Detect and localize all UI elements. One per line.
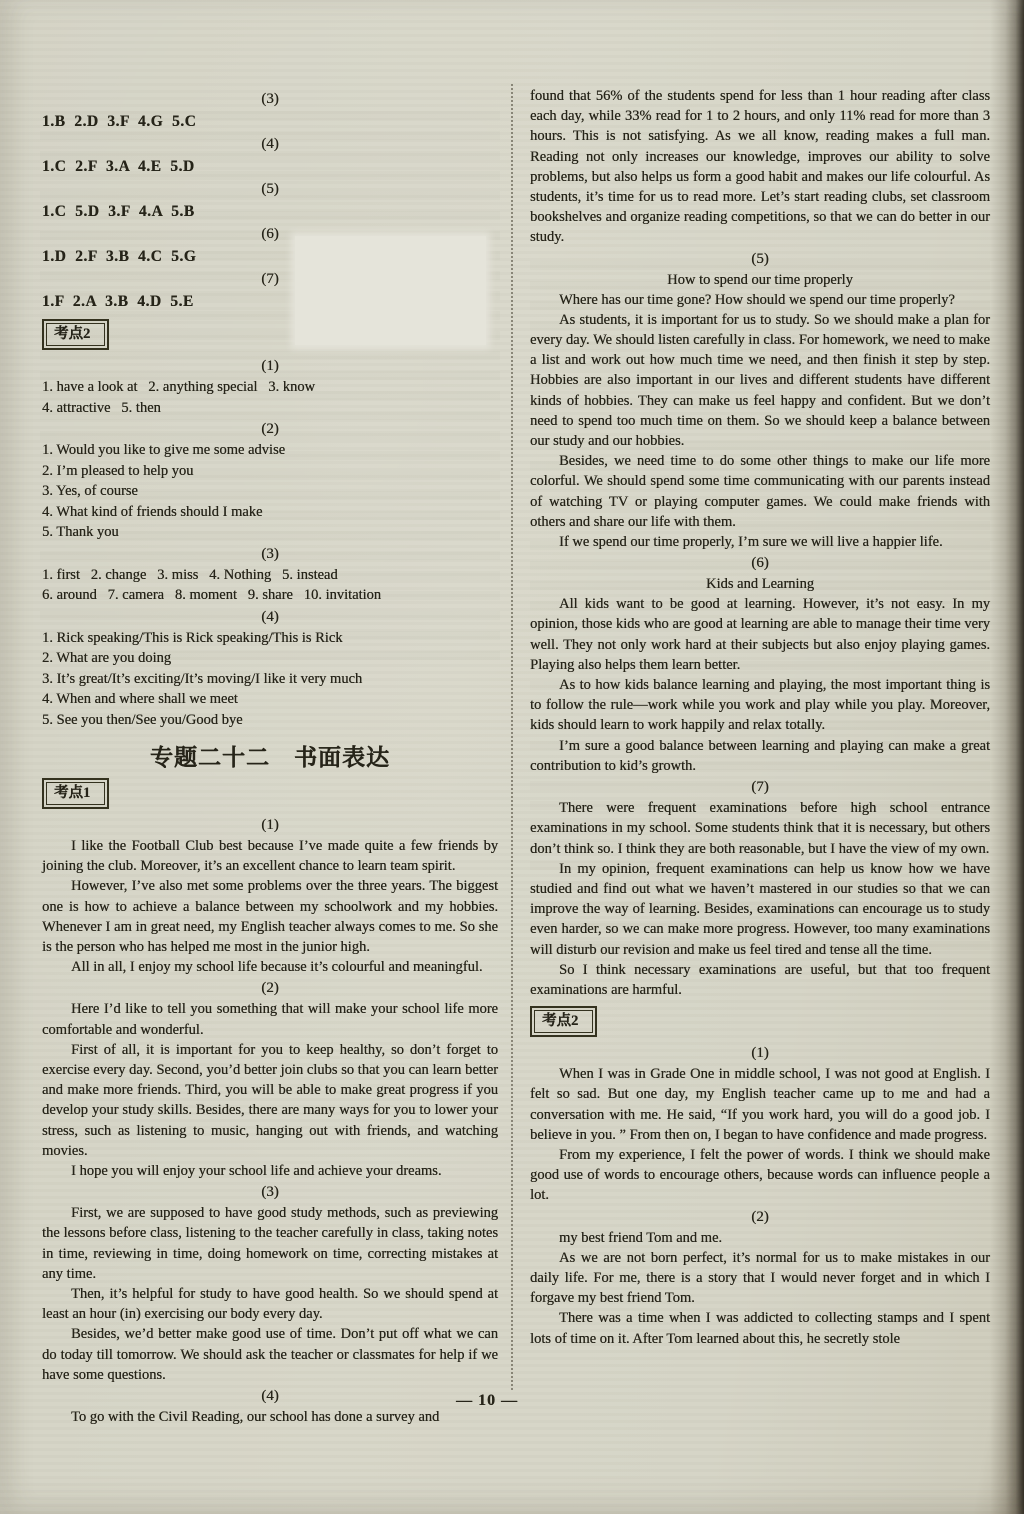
list-line: 4. attractive 5. then [42,398,498,419]
essay-paragraph: When I was in Grade One in middle school… [530,1064,990,1145]
answer-marker: (5) [42,178,498,200]
exam-point-label: 考点2 [534,1010,593,1033]
essay-marker: (3) [42,1181,498,1203]
list-line: 5. See you then/See you/Good bye [42,710,498,731]
essay-paragraph: I’m sure a good balance between learning… [530,736,990,776]
essay-paragraph: All kids want to be good at learning. Ho… [530,594,990,675]
essay-paragraph: There were frequent examinations before … [530,798,990,859]
exam-point-label: 考点1 [46,782,105,805]
essay-paragraph: First, we are supposed to have good stud… [42,1203,498,1284]
list-line: 1. have a look at 2. anything special 3.… [42,377,498,398]
essay-title: Kids and Learning [530,574,990,594]
list-line: 5. Thank you [42,522,498,543]
binding-shadow [990,0,1024,1514]
set-marker: (3) [42,543,498,565]
answer-row: 1.B 2.D 3.F 4.G 5.C [42,110,498,133]
essay-marker: (7) [530,776,990,798]
essay-paragraph: From my experience, I felt the power of … [530,1145,990,1206]
essay-paragraph: There was a time when I was addicted to … [530,1308,990,1348]
list-line: 3. It’s great/It’s exciting/It’s moving/… [42,669,498,690]
exam-point-label: 考点2 [46,323,105,346]
essay-marker: (5) [530,248,990,270]
essay-marker: (6) [530,552,990,574]
essay-paragraph: First of all, it is important for you to… [42,1040,498,1161]
list-line: 1. Would you like to give me some advise [42,440,498,461]
essay-paragraph: Here I’d like to tell you something that… [42,999,498,1039]
list-line: 1. first 2. change 3. miss 4. Nothing 5.… [42,565,498,586]
list-line: 3. Yes, of course [42,481,498,502]
list-line: 2. What are you doing [42,648,498,669]
answer-marker: (3) [42,88,498,110]
essay-paragraph: my best friend Tom and me. [530,1228,990,1248]
set-marker: (4) [42,606,498,628]
essay-paragraph: I like the Football Club best because I’… [42,836,498,876]
exam-point-1-row: 考点1 [42,778,498,809]
list-line: 4. When and where shall we meet [42,689,498,710]
exam-point-box: 考点1 [42,778,109,809]
essay-marker: (1) [530,1042,990,1064]
answer-row: 1.C 5.D 3.F 4.A 5.B [42,200,498,223]
page-footer: — 10 — [0,1392,999,1410]
continuation-paragraph: found that 56% of the students spend for… [530,86,990,248]
essay-marker: (1) [42,814,498,836]
list-line: 4. What kind of friends should I make [42,502,498,523]
essay-paragraph: As students, it is important for us to s… [530,310,990,451]
essay-paragraph: Besides, we need time to do some other t… [530,451,990,532]
essay-paragraph: In my opinion, frequent examinations can… [530,859,990,960]
page-number: — 10 — [456,1392,518,1409]
essay-marker: (2) [530,1206,990,1228]
list-line: 1. Rick speaking/This is Rick speaking/T… [42,628,498,649]
whiteout-patch [295,236,486,345]
essay-paragraph: I hope you will enjoy your school life a… [42,1161,498,1181]
essay-title: How to spend our time properly [530,270,990,290]
set-marker: (2) [42,418,498,440]
right-column: found that 56% of the students spend for… [530,86,990,1349]
essay-paragraph: So I think necessary examinations are us… [530,960,990,1000]
essay-paragraph: Besides, we’d better make good use of ti… [42,1324,498,1385]
essay-paragraph: To go with the Civil Reading, our school… [42,1407,498,1427]
answer-row: 1.C 2.F 3.A 4.E 5.D [42,155,498,178]
list-line: 6. around 7. camera 8. moment 9. share 1… [42,585,498,606]
list-line: 2. I’m pleased to help you [42,461,498,482]
essay-paragraph: However, I’ve also met some problems ove… [42,876,498,957]
answer-marker: (4) [42,133,498,155]
exam-point-box: 考点2 [42,319,109,350]
essay-paragraph: As to how kids balance learning and play… [530,675,990,736]
essay-marker: (2) [42,977,498,999]
set-marker: (1) [42,355,498,377]
exam-point-2-row: 考点2 [530,1006,990,1037]
section-heading: 专题二十二 书面表达 [42,739,498,772]
exam-point-box: 考点2 [530,1006,597,1037]
scanned-workbook-page: (3) 1.B 2.D 3.F 4.G 5.C (4) 1.C 2.F 3.A … [0,0,1024,1514]
essay-paragraph: Where has our time gone? How should we s… [530,290,990,310]
essay-paragraph: As we are not born perfect, it’s normal … [530,1248,990,1309]
essay-paragraph: If we spend our time properly, I’m sure … [530,532,990,552]
column-divider [511,84,513,1390]
essay-paragraph: All in all, I enjoy my school life becau… [42,957,498,977]
essay-paragraph: Then, it’s helpful for study to have goo… [42,1284,498,1324]
